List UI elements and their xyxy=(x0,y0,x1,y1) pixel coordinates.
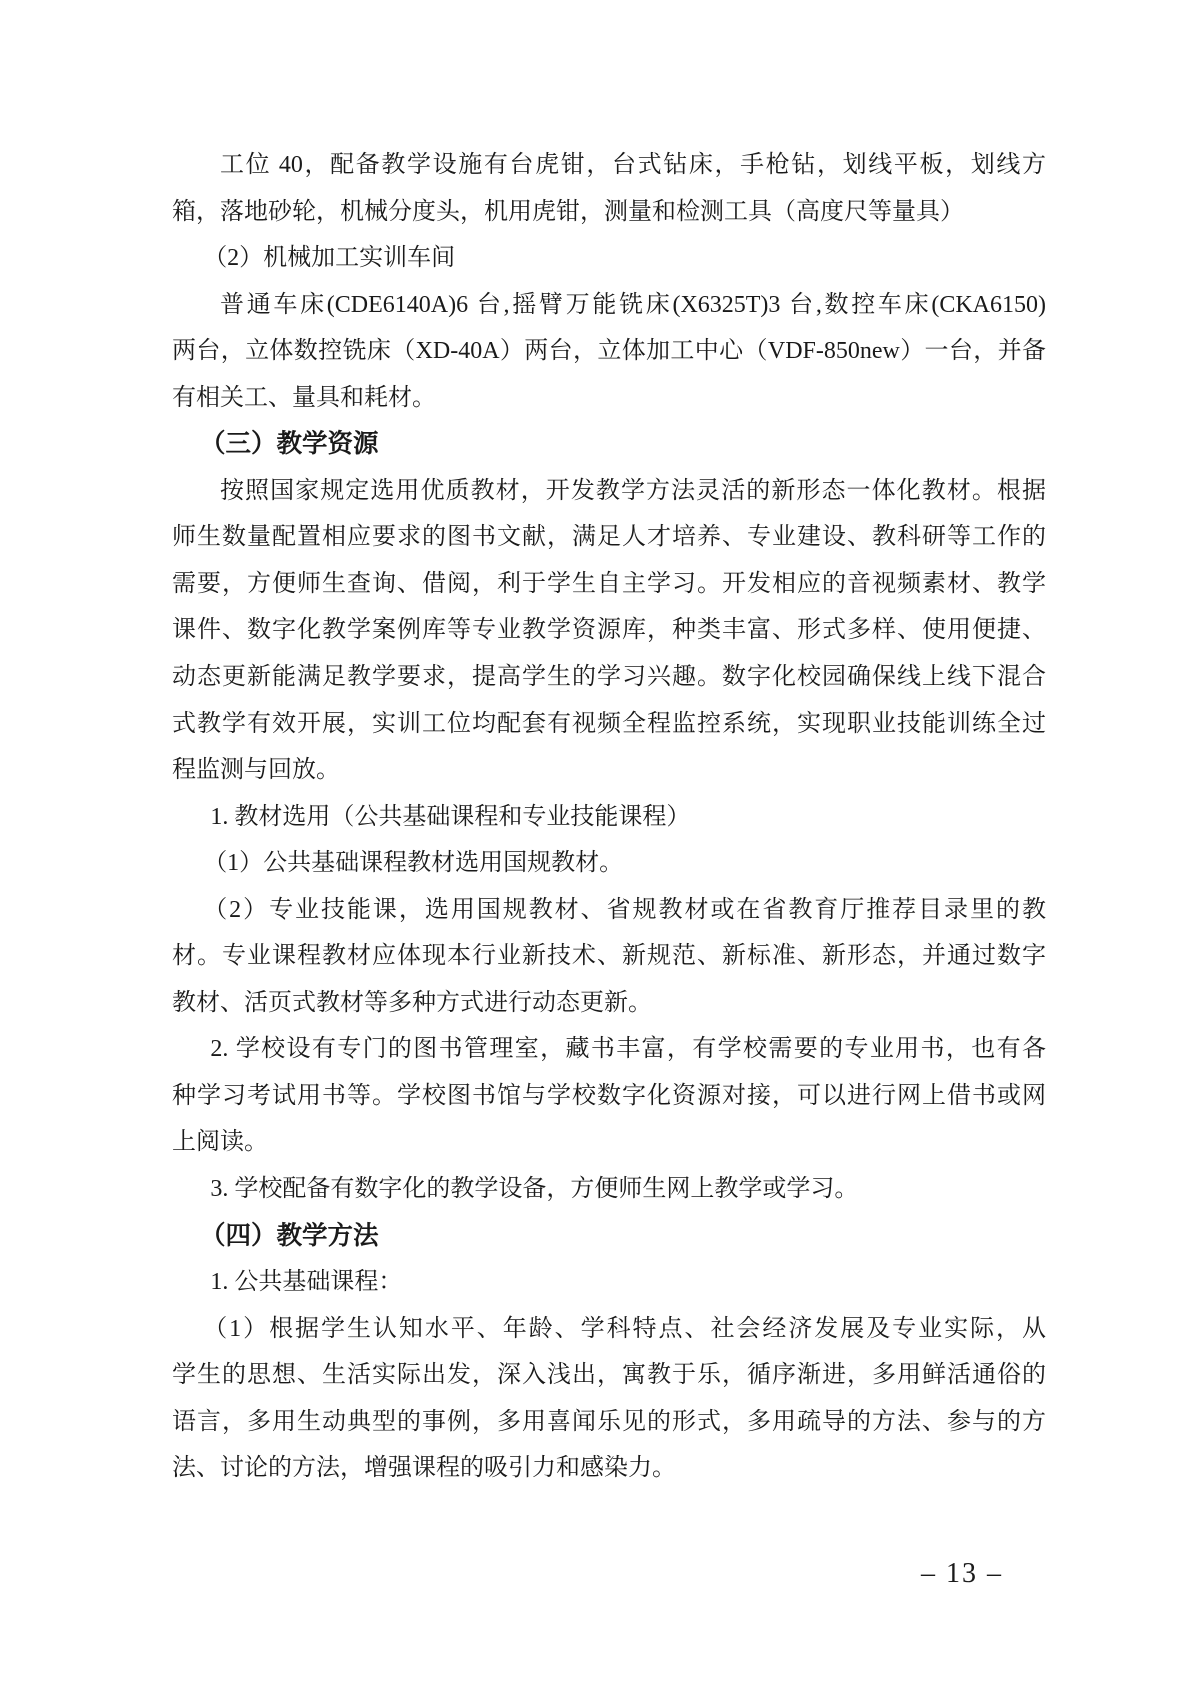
paragraph: 3. 学校配备有数字化的教学设备，方便师生网上教学或学习。 xyxy=(172,1166,1046,1213)
text-line: 箱，落地砂轮，机械分度头，机用虎钳，测量和检测工具（高度尺等量具） xyxy=(172,189,1046,236)
text-line: 1. 公共基础课程： xyxy=(172,1259,1046,1306)
text-line: 动态更新能满足教学要求，提高学生的学习兴趣。数字化校园确保线上线下混合 xyxy=(172,654,1046,701)
document-page: 工位 40，配备教学设施有台虎钳，台式钻床，手枪钻，划线平板，划线方 箱，落地砂… xyxy=(0,0,1191,1684)
text-line: 1. 教材选用（公共基础课程和专业技能课程） xyxy=(172,794,1046,841)
text-line: （2）专业技能课，选用国规教材、省规教材或在省教育厅推荐目录里的教 xyxy=(172,887,1046,934)
text-line: 程监测与回放。 xyxy=(172,747,1046,794)
text-line: 普通车床(CDE6140A)6 台,摇臂万能铣床(X6325T)3 台,数控车床… xyxy=(172,282,1046,329)
text-line: 需要，方便师生查询、借阅，利于学生自主学习。开发相应的音视频素材、教学 xyxy=(172,561,1046,608)
text-line: 按照国家规定选用优质教材，开发教学方法灵活的新形态一体化教材。根据 xyxy=(172,468,1046,515)
text-line: 教材、活页式教材等多种方式进行动态更新。 xyxy=(172,980,1046,1027)
paragraph: 工位 40，配备教学设施有台虎钳，台式钻床，手枪钻，划线平板，划线方 箱，落地砂… xyxy=(172,142,1046,235)
section-heading: （三）教学资源 xyxy=(172,421,1046,468)
text-line: （2）机械加工实训车间 xyxy=(172,235,1046,282)
paragraph: 1. 公共基础课程： xyxy=(172,1259,1046,1306)
text-line: 语言，多用生动典型的事例，多用喜闻乐见的形式，多用疏导的方法、参与的方 xyxy=(172,1399,1046,1446)
text-line: 种学习考试用书等。学校图书馆与学校数字化资源对接，可以进行网上借书或网 xyxy=(172,1073,1046,1120)
text-line: 上阅读。 xyxy=(172,1119,1046,1166)
paragraph: 按照国家规定选用优质教材，开发教学方法灵活的新形态一体化教材。根据 师生数量配置… xyxy=(172,468,1046,794)
text-line: 有相关工、量具和耗材。 xyxy=(172,375,1046,422)
text-line: （1）根据学生认知水平、年龄、学科特点、社会经济发展及专业实际，从 xyxy=(172,1306,1046,1353)
text-line: （四）教学方法 xyxy=(172,1213,1046,1260)
text-line: 学生的思想、生活实际出发，深入浅出，寓教于乐，循序渐进，多用鲜活通俗的 xyxy=(172,1352,1046,1399)
text-line: 两台，立体数控铣床（XD-40A）两台，立体加工中心（VDF-850new）一台… xyxy=(172,328,1046,375)
text-line: 2. 学校设有专门的图书管理室，藏书丰富，有学校需要的专业用书，也有各 xyxy=(172,1026,1046,1073)
text-line: 课件、数字化教学案例库等专业教学资源库，种类丰富、形式多样、使用便捷、 xyxy=(172,607,1046,654)
paragraph: （1）公共基础课程教材选用国规教材。 xyxy=(172,840,1046,887)
text-line: 法、讨论的方法，增强课程的吸引力和感染力。 xyxy=(172,1445,1046,1492)
document-text-block: 工位 40，配备教学设施有台虎钳，台式钻床，手枪钻，划线平板，划线方 箱，落地砂… xyxy=(172,142,1046,1492)
text-line: （1）公共基础课程教材选用国规教材。 xyxy=(172,840,1046,887)
paragraph: 2. 学校设有专门的图书管理室，藏书丰富，有学校需要的专业用书，也有各 种学习考… xyxy=(172,1026,1046,1166)
text-line: 工位 40，配备教学设施有台虎钳，台式钻床，手枪钻，划线平板，划线方 xyxy=(172,142,1046,189)
paragraph: （2）机械加工实训车间 xyxy=(172,235,1046,282)
paragraph: （2）专业技能课，选用国规教材、省规教材或在省教育厅推荐目录里的教 材。专业课程… xyxy=(172,887,1046,1027)
text-line: 式教学有效开展，实训工位均配套有视频全程监控系统，实现职业技能训练全过 xyxy=(172,701,1046,748)
page-number: – 13 – xyxy=(921,1558,1003,1590)
paragraph: （1）根据学生认知水平、年龄、学科特点、社会经济发展及专业实际，从 学生的思想、… xyxy=(172,1306,1046,1492)
paragraph: 1. 教材选用（公共基础课程和专业技能课程） xyxy=(172,794,1046,841)
section-heading: （四）教学方法 xyxy=(172,1213,1046,1260)
paragraph: 普通车床(CDE6140A)6 台,摇臂万能铣床(X6325T)3 台,数控车床… xyxy=(172,282,1046,422)
text-line: 材。专业课程教材应体现本行业新技术、新规范、新标准、新形态，并通过数字 xyxy=(172,933,1046,980)
text-line: 3. 学校配备有数字化的教学设备，方便师生网上教学或学习。 xyxy=(172,1166,1046,1213)
text-line: 师生数量配置相应要求的图书文献，满足人才培养、专业建设、教科研等工作的 xyxy=(172,514,1046,561)
text-line: （三）教学资源 xyxy=(172,421,1046,468)
